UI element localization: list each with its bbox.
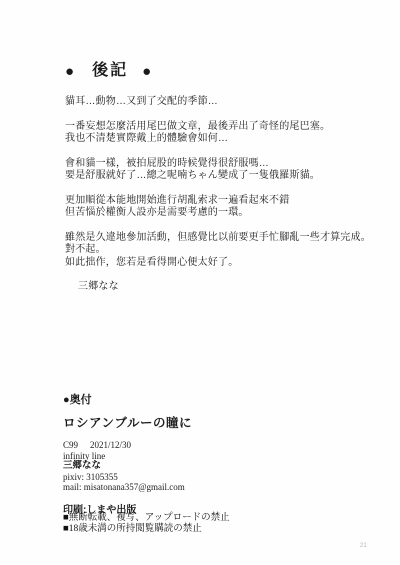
bullet-circle-icon: ● (65, 64, 74, 79)
event-date: 2021/12/30 (90, 440, 131, 450)
paragraph: 貓耳…動物…又到了交配的季節… (65, 96, 385, 109)
paragraph: 會和貓一樣，被拍屁股的時候覺得很舒服嗎… 要是舒服就好了…總之呢喃ちゃん變成了一… (65, 158, 385, 183)
event-date-line: C992021/12/30 (63, 440, 192, 451)
paragraph-line: 如此拙作，您若是看得開心便太好了。 (65, 257, 385, 270)
paragraph: 更加順從本能地開始進行胡亂索求一遍看起來不錯 但苦惱於權衡人設亦是需要考慮的一環… (65, 195, 385, 220)
paragraph-line: 一番妄想怎麼活用尾巴做文章，最後弄出了奇怪的尾巴塞。 (65, 121, 385, 134)
paragraph: 一番妄想怎麼活用尾巴做文章，最後弄出了奇怪的尾巴塞。 我也不清楚實際戴上的體驗會… (65, 121, 385, 146)
event-name: C99 (63, 440, 78, 450)
mail-address: mail: misatonana357@gmail.com (63, 482, 192, 493)
paragraph-line: 會和貓一樣，被拍屁股的時候覺得很舒服嗎… (65, 158, 385, 171)
notice-line: ■無断転載、複写、アップロードの禁止 (63, 513, 230, 524)
page-number: 21 (360, 543, 367, 549)
colophon: ●奥付 ロシアンブルーの瞳に C992021/12/30 infinity li… (63, 391, 192, 516)
pixiv-id: pixiv: 3105355 (63, 472, 192, 483)
author-signature: 三郷なな (65, 281, 385, 294)
paragraph-line: 對不起。 (65, 244, 385, 257)
afterword-title: 後記 (92, 63, 128, 79)
paragraph-line: 更加順從本能地開始進行胡亂索求一遍看起來不錯 (65, 195, 385, 208)
colophon-heading: ●奥付 (63, 391, 192, 407)
paragraph-line: 雖然是久違地參加活動，但感覺比以前要更手忙腳亂一些才算完成。 (65, 232, 385, 245)
colophon-meta: C992021/12/30 infinity line 三郷なな pixiv: … (63, 440, 192, 493)
paragraph-line: 貓耳…動物…又到了交配的季節… (65, 96, 385, 109)
notice-line: ■18歳未満の所持閲覧購読の禁止 (63, 524, 230, 535)
afterword-body: 貓耳…動物…又到了交配的季節… 一番妄想怎麼活用尾巴做文章，最後弄出了奇怪的尾巴… (65, 96, 385, 294)
bullet-circle-icon: ● (142, 64, 151, 79)
paragraph-line: 我也不清楚實際戴上的體驗會如何… (65, 133, 385, 146)
colophon-author: 三郷なな (63, 461, 192, 472)
notices: ■無断転載、複写、アップロードの禁止 ■18歳未満の所持閲覧購読の禁止 (63, 513, 230, 535)
paragraph-line: 但苦惱於權衡人設亦是需要考慮的一環。 (65, 207, 385, 220)
paragraph: 雖然是久違地參加活動，但感覺比以前要更手忙腳亂一些才算完成。 對不起。 如此拙作… (65, 232, 385, 270)
book-title: ロシアンブルーの瞳に (63, 413, 192, 431)
afterword-page: ● 後記 ● 貓耳…動物…又到了交配的季節… 一番妄想怎麼活用尾巴做文章，最後弄… (0, 0, 400, 565)
paragraph-line: 要是舒服就好了…總之呢喃ちゃん變成了一隻俄羅斯貓。 (65, 170, 385, 183)
afterword-header: ● 後記 ● (65, 63, 151, 79)
